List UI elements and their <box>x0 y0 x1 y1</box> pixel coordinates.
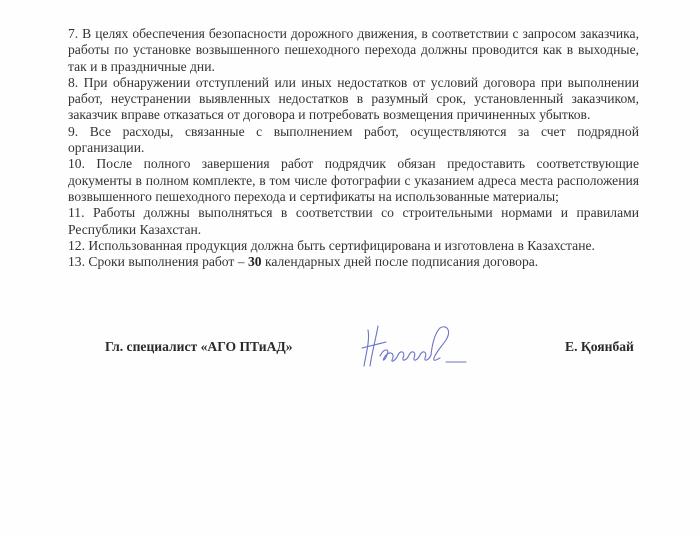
text-line: работ, неустранении выявленных недостатк… <box>68 91 639 107</box>
text-line: 9. Все расходы, связанные с выполнением … <box>68 124 639 140</box>
signatory-position: Гл. специалист «АГО ПТиАД» <box>105 339 293 355</box>
text-line: 12. Использованная продукция должна быть… <box>68 238 639 254</box>
text-line: документы в полном комплекте, в том числ… <box>68 173 639 189</box>
document-page: 7. В целях обеспечения безопасности доро… <box>0 0 700 534</box>
deadline-prefix: 13. Сроки выполнения работ – <box>68 254 248 269</box>
text-line: возвышенного пешеходного перехода и серт… <box>68 189 639 205</box>
signatory-name: Е. Қоянбай <box>565 339 634 355</box>
handwritten-signature-icon <box>360 322 475 372</box>
text-line: заказчик вправе отказаться от договора и… <box>68 107 639 123</box>
text-line-deadline: 13. Сроки выполнения работ – 30 календар… <box>68 254 639 270</box>
deadline-days: 30 <box>248 254 262 269</box>
text-line: 11. Работы должны выполняться в соответс… <box>68 205 639 221</box>
text-line: Республики Казахстан. <box>68 222 639 238</box>
text-line: работы по установке возвышенного пешеход… <box>68 42 639 58</box>
deadline-suffix: календарных дней после подписания догово… <box>262 254 539 269</box>
document-body: 7. В целях обеспечения безопасности доро… <box>68 26 639 270</box>
text-line: 8. При обнаружении отступлений или иных … <box>68 75 639 91</box>
text-line: организации. <box>68 140 639 156</box>
text-line: так и в праздничные дни. <box>68 59 639 75</box>
text-line: 10. После полного завершения работ подря… <box>68 156 639 172</box>
text-line: 7. В целях обеспечения безопасности доро… <box>68 26 639 42</box>
